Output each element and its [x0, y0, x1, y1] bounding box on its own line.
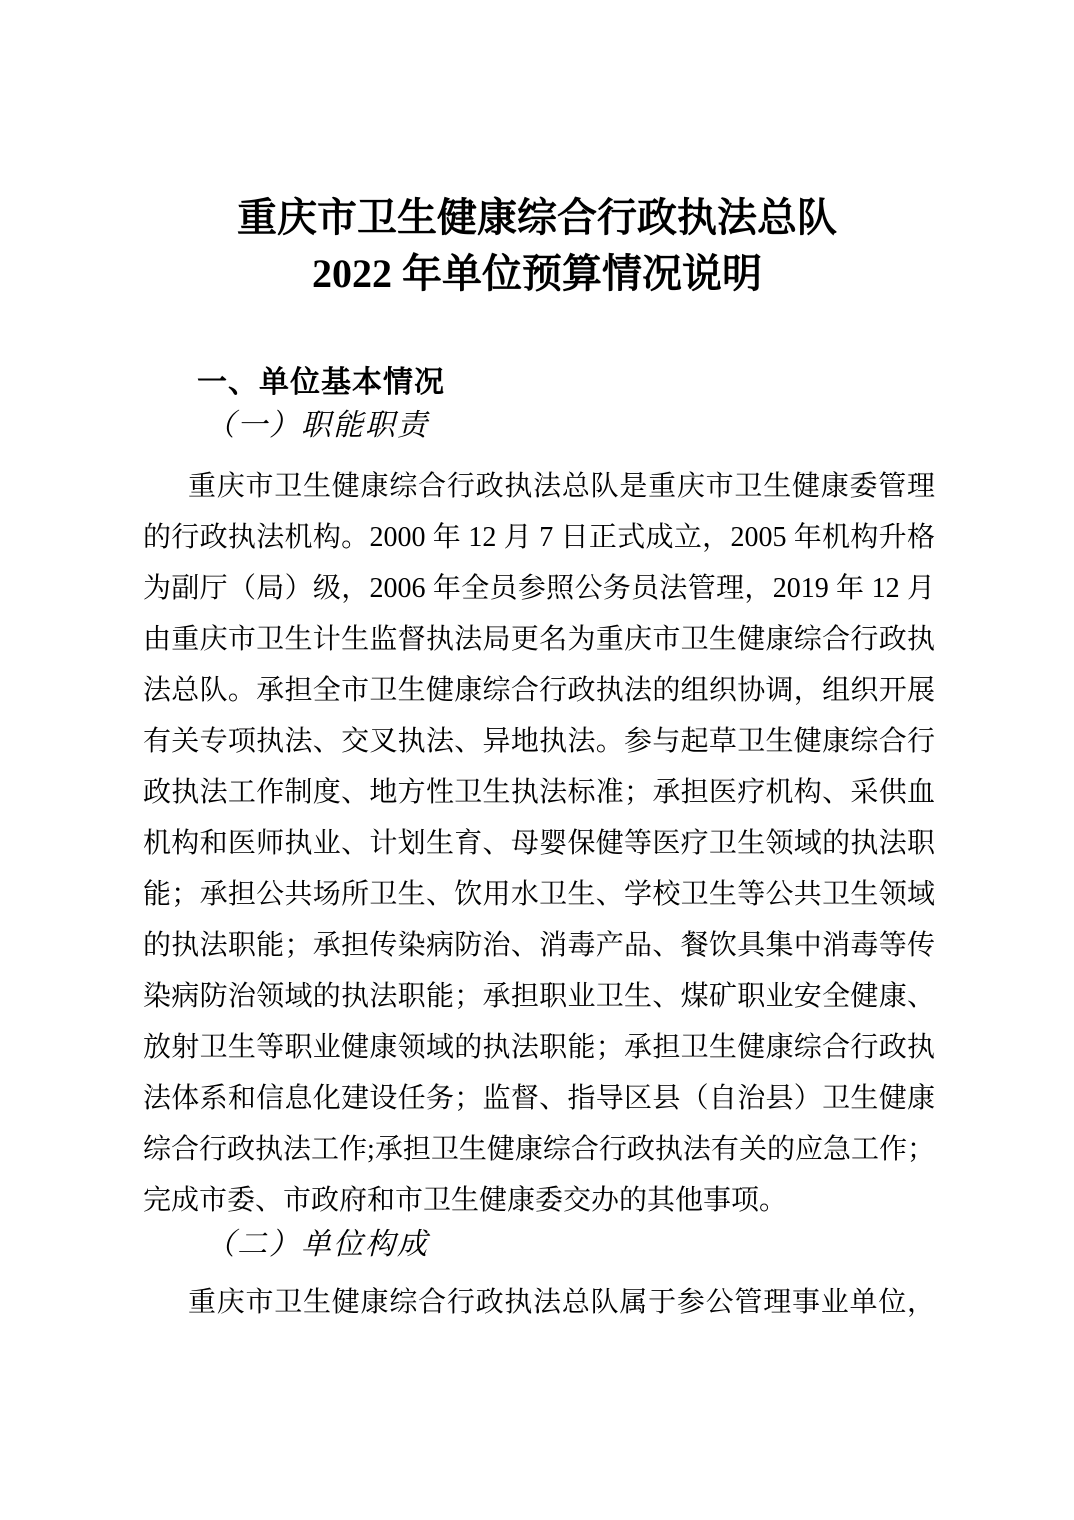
text-line: 由重庆市卫生计生监督执法局更名为重庆市卫生健康综合行政执 — [143, 614, 935, 665]
text-line: 机构和医师执业、计划生育、母婴保健等医疗卫生领域的执法职 — [143, 818, 935, 869]
section-heading-basic-info: 一、单位基本情况 — [197, 364, 445, 402]
text-line: 政执法工作制度、地方性卫生执法标准；承担医疗机构、采供血 — [143, 767, 935, 818]
text-line: 法总队。承担全市卫生健康综合行政执法的组织协调，组织开展 — [143, 665, 935, 716]
document-title-line1: 重庆市卫生健康综合行政执法总队 — [0, 190, 1074, 246]
text-line: 重庆市卫生健康综合行政执法总队是重庆市卫生健康委管理 — [143, 461, 935, 512]
document-title-line2: 2022 年单位预算情况说明 — [0, 246, 1074, 302]
paragraph-duties: 重庆市卫生健康综合行政执法总队是重庆市卫生健康委管理的行政执法机构。2000 年… — [143, 461, 935, 1226]
text-line: 有关专项执法、交叉执法、异地执法。参与起草卫生健康综合行 — [143, 716, 935, 767]
paragraph-composition: 重庆市卫生健康综合行政执法总队属于参公管理事业单位， — [143, 1277, 935, 1328]
subsection-heading-duties: （一）职能职责 — [205, 406, 429, 446]
subsection-heading-composition: （二）单位构成 — [205, 1225, 429, 1265]
text-line: 为副厅（局）级，2006 年全员参照公务员法管理，2019 年 12 月 — [143, 563, 935, 614]
text-line: 的行政执法机构。2000 年 12 月 7 日正式成立，2005 年机构升格 — [143, 512, 935, 563]
text-line: 法体系和信息化建设任务；监督、指导区县（自治县）卫生健康 — [143, 1073, 935, 1124]
text-line: 染病防治领域的执法职能；承担职业卫生、煤矿职业安全健康、 — [143, 971, 935, 1022]
text-line: 的执法职能；承担传染病防治、消毒产品、餐饮具集中消毒等传 — [143, 920, 935, 971]
document-page: 重庆市卫生健康综合行政执法总队 2022 年单位预算情况说明 一、单位基本情况 … — [0, 0, 1074, 1520]
text-line: 完成市委、市政府和市卫生健康委交办的其他事项。 — [143, 1175, 935, 1226]
text-line: 重庆市卫生健康综合行政执法总队属于参公管理事业单位， — [143, 1277, 935, 1328]
text-line: 放射卫生等职业健康领域的执法职能；承担卫生健康综合行政执 — [143, 1022, 935, 1073]
text-line: 能；承担公共场所卫生、饮用水卫生、学校卫生等公共卫生领域 — [143, 869, 935, 920]
text-line: 综合行政执法工作;承担卫生健康综合行政执法有关的应急工作； — [143, 1124, 935, 1175]
